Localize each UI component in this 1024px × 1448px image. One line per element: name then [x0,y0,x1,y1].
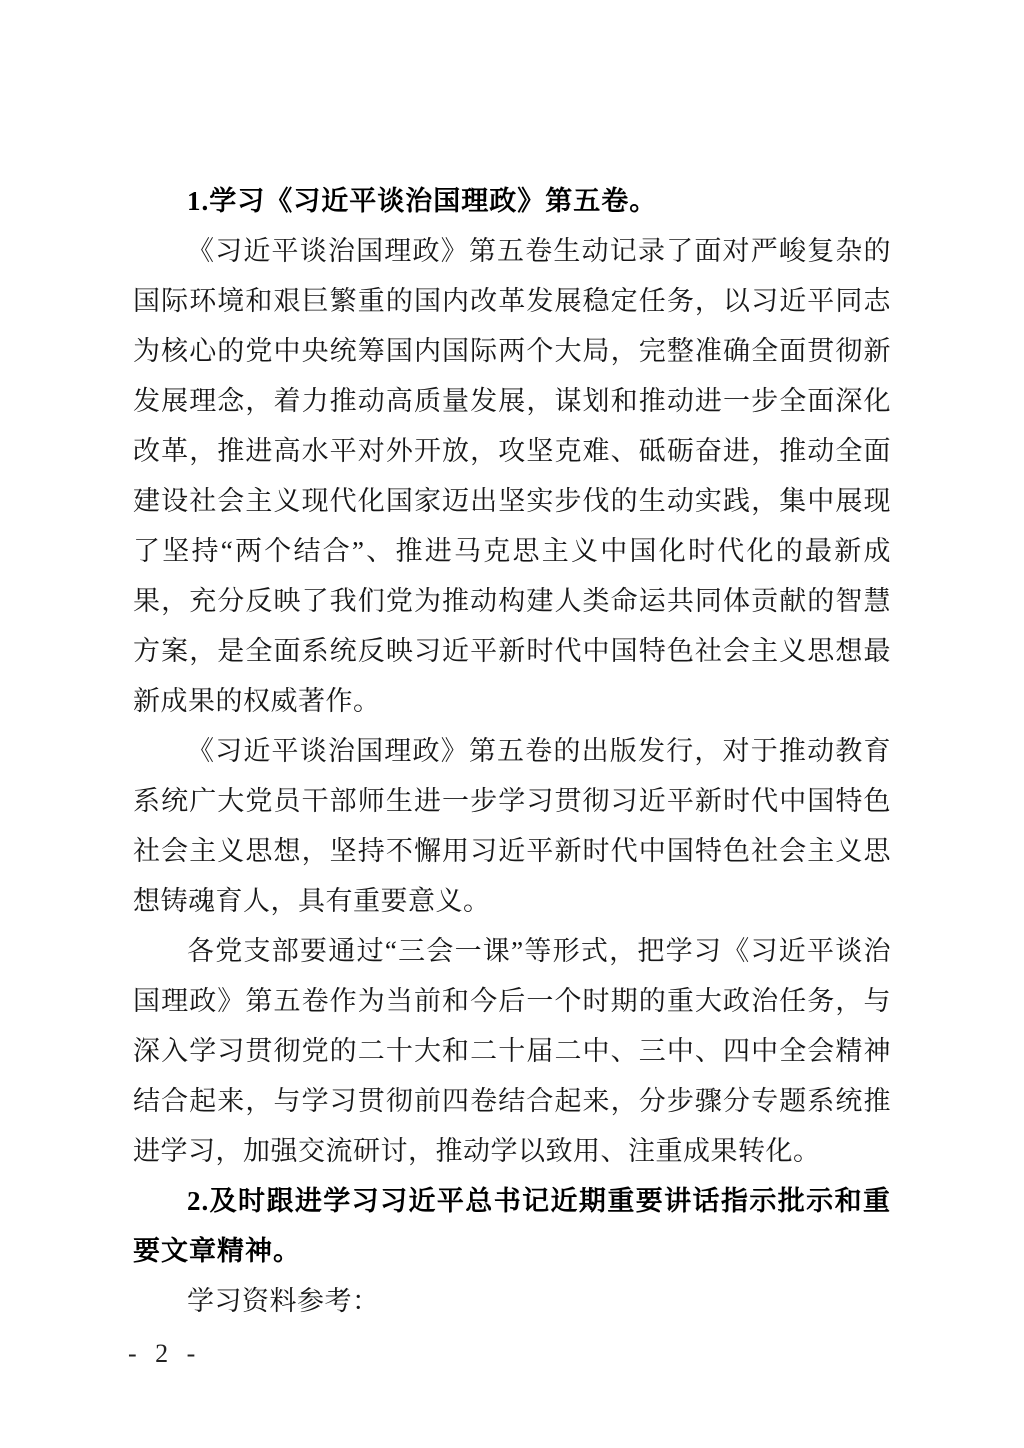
section-1-paragraph-3: 各党支部要通过“三会一课”等形式，把学习《习近平谈治国理政》第五卷作为当前和今后… [133,926,891,1176]
section-1-paragraph-1: 《习近平谈治国理政》第五卷生动记录了面对严峻复杂的国际环境和艰巨繁重的国内改革发… [133,226,891,726]
page-number: - 2 - [128,1334,201,1374]
section-2-heading: 2.及时跟进学习习近平总书记近期重要讲话指示批示和重要文章精神。 [133,1176,891,1276]
section-1-heading: 1.学习《习近平谈治国理政》第五卷。 [133,176,891,226]
document-page: 1.学习《习近平谈治国理政》第五卷。 《习近平谈治国理政》第五卷生动记录了面对严… [0,0,1024,1448]
section-1-paragraph-2: 《习近平谈治国理政》第五卷的出版发行，对于推动教育系统广大党员干部师生进一步学习… [133,726,891,926]
document-body: 1.学习《习近平谈治国理政》第五卷。 《习近平谈治国理政》第五卷生动记录了面对严… [133,176,891,1326]
section-2-paragraph-1: 学习资料参考： [133,1276,891,1326]
